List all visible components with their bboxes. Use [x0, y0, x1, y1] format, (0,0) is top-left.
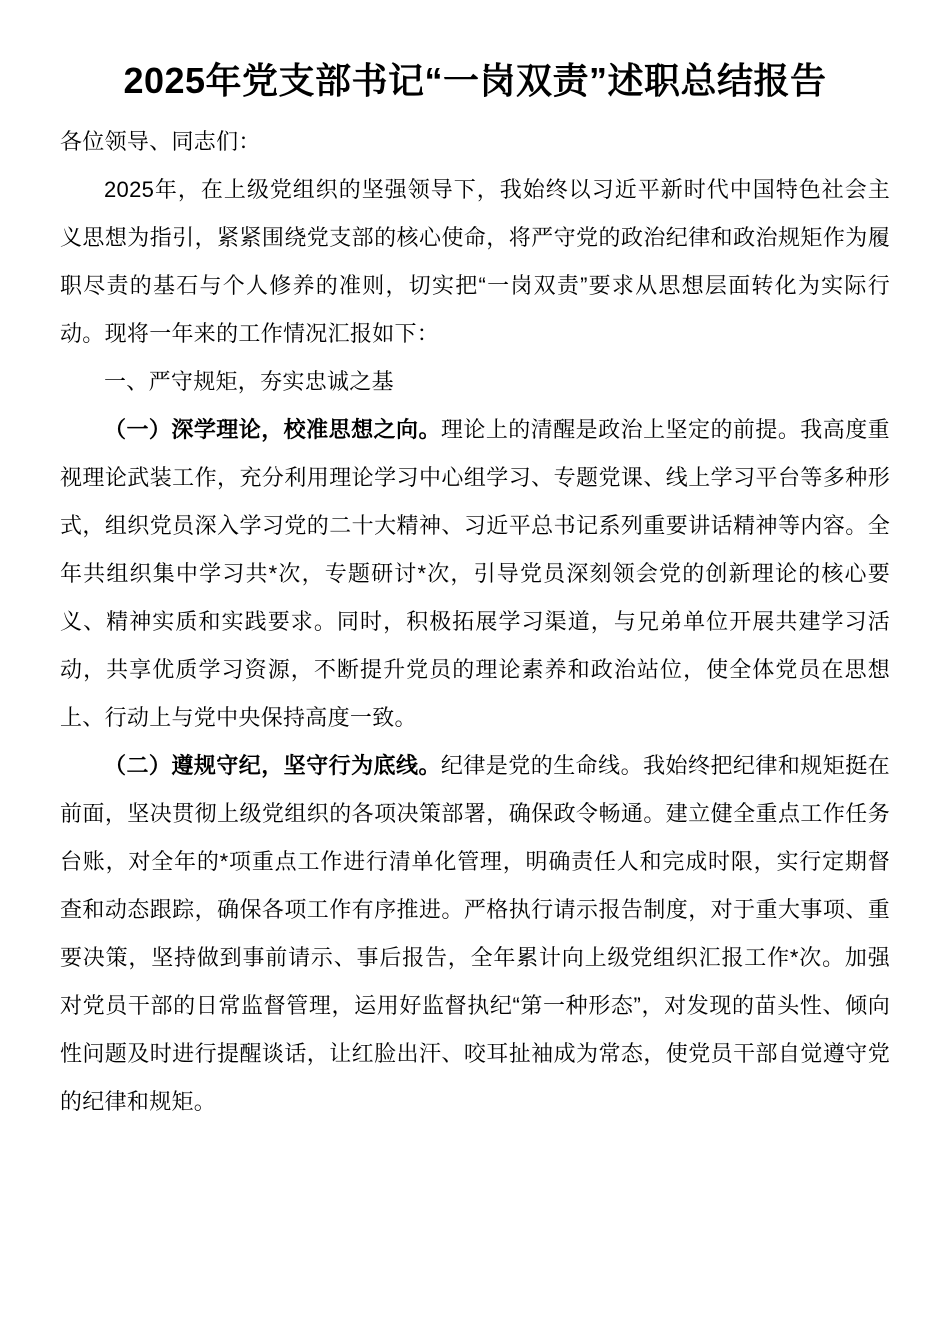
paragraph-sub1: （一）深学理论，校准思想之向。理论上的清醒是政治上坚定的前提。我高度重视理论武装…	[60, 406, 890, 742]
document-title: 2025年党支部书记“一岗双责”述职总结报告	[60, 54, 890, 108]
document-body: 各位领导、同志们： 2025年，在上级党组织的坚强领导下，我始终以习近平新时代中…	[60, 118, 890, 1126]
paragraph-sub2-text: 纪律是党的生命线。我始终把纪律和规矩挺在前面，坚决贯彻上级党组织的各项决策部署，…	[60, 753, 890, 1114]
paragraph-sub1-lead: （一）深学理论，校准思想之向。	[104, 417, 441, 442]
salutation: 各位领导、同志们：	[60, 118, 890, 166]
section-heading: 一、严守规矩，夯实忠诚之基	[60, 358, 890, 406]
paragraph-sub1-text: 理论上的清醒是政治上坚定的前提。我高度重视理论武装工作，充分利用理论学习中心组学…	[60, 417, 890, 730]
document-page: 2025年党支部书记“一岗双责”述职总结报告 各位领导、同志们： 2025年，在…	[0, 0, 950, 1344]
paragraph-sub2-lead: （二）遵规守纪，坚守行为底线。	[104, 753, 441, 778]
paragraph-sub2: （二）遵规守纪，坚守行为底线。纪律是党的生命线。我始终把纪律和规矩挺在前面，坚决…	[60, 742, 890, 1126]
paragraph-intro: 2025年，在上级党组织的坚强领导下，我始终以习近平新时代中国特色社会主义思想为…	[60, 166, 890, 358]
